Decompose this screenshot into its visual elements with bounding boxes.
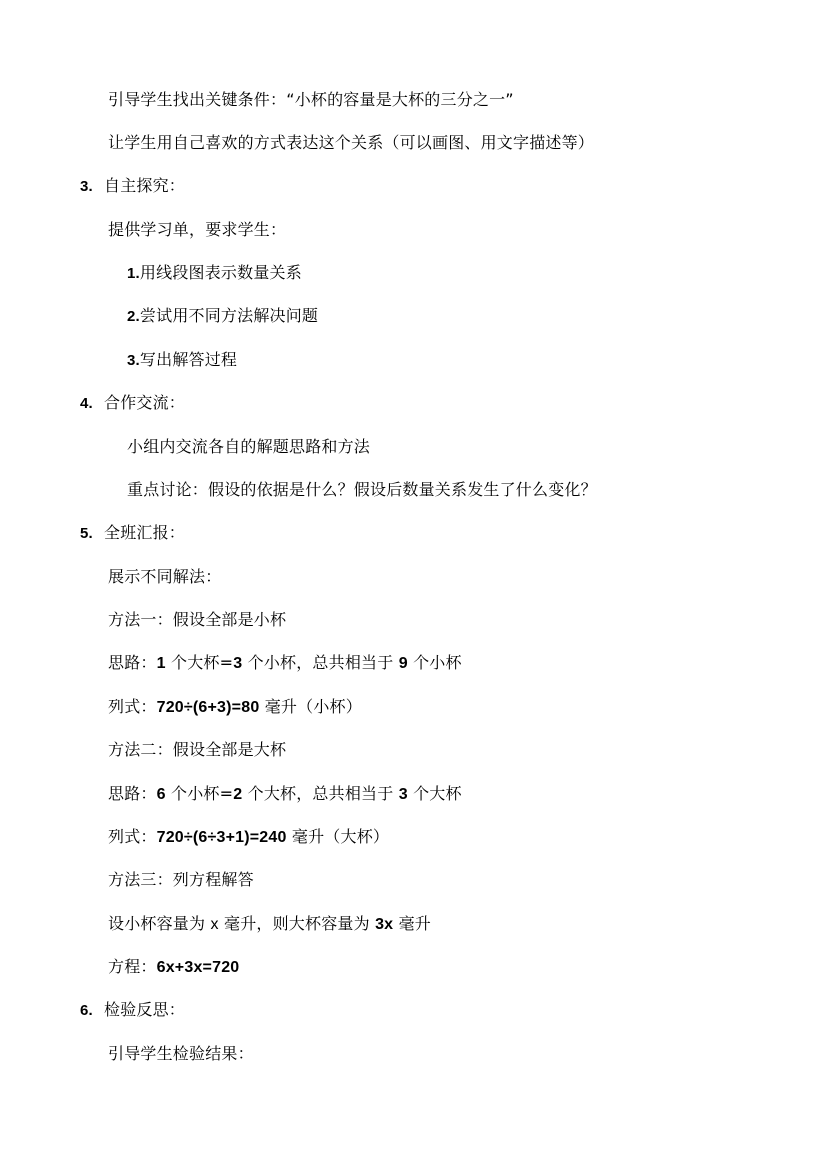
section-4-heading: 4.合作交流： [80,392,185,415]
idea-text: 个大杯，总共相当于 [242,784,398,803]
method-3-equation: 方程：6x+3x=720 [108,956,239,979]
section-3-lead: 提供学习单，要求学生： [108,219,286,241]
method-1-formula: 列式：720÷(6+3)=80 毫升（小杯） [108,696,362,719]
section-6-title: 检验反思： [104,1000,185,1019]
setup-text: 毫升 [393,914,431,933]
section-4-item-1: 小组内交流各自的解题思路和方法 [127,436,370,458]
item-text: 写出解答过程 [140,350,237,369]
section-5-lead: 展示不同解法： [108,566,221,588]
method-2-idea: 思路：6 个小杯=2 个大杯，总共相当于 3 个大杯 [108,783,462,806]
item-number: 3. [127,352,140,369]
item-text: 用线段图表示数量关系 [140,263,302,282]
setup-variable: x [211,916,219,933]
equation-label: 方程： [108,957,157,976]
equation-expression: 6x+3x=720 [157,959,240,976]
formula-expression: 720÷(6+3)=80 [157,699,260,716]
section-6-number: 6. [80,1000,104,1022]
section-3-item-3: 3.写出解答过程 [127,349,237,372]
section-4-item-2: 重点讨论：假设的依据是什么？假设后数量关系发生了什么变化？ [127,479,597,501]
idea-number: 2 [233,786,242,803]
method-1-title: 方法一：假设全部是小杯 [108,609,286,631]
setup-variable: 3x [375,916,393,933]
idea-text: 个小杯，总共相当于 [242,653,398,672]
section-6-heading: 6.检验反思： [80,999,185,1022]
method-2-formula: 列式：720÷(6÷3+1)=240 毫升（大杯） [108,826,389,849]
section-3-heading: 3.自主探究： [80,175,185,198]
method-2-title: 方法二：假设全部是大杯 [108,739,286,761]
idea-label: 思路： [108,653,157,672]
formula-unit: 毫升（小杯） [259,697,362,716]
formula-expression: 720÷(6÷3+1)=240 [157,829,287,846]
setup-text: 毫升，则大杯容量为 [219,914,375,933]
idea-number: 3 [399,786,408,803]
method-3-setup: 设小杯容量为 x 毫升，则大杯容量为 3x 毫升 [108,913,431,936]
section-3-title: 自主探究： [104,176,185,195]
section-3-item-1: 1.用线段图表示数量关系 [127,262,302,285]
idea-text: 个小杯 [408,653,462,672]
section-3-item-2: 2.尝试用不同方法解决问题 [127,305,318,328]
formula-unit: 毫升（大杯） [287,827,390,846]
idea-label: 思路： [108,784,157,803]
formula-label: 列式： [108,697,157,716]
section-6-lead: 引导学生检验结果： [108,1043,254,1065]
idea-number: 1 [157,655,166,672]
idea-text: 个大杯= [166,653,234,672]
intro-line-key-condition: 引导学生找出关键条件：“小杯的容量是大杯的三分之一” [108,89,514,111]
section-5-number: 5. [80,523,104,545]
idea-text: 个小杯= [166,784,234,803]
setup-text: 设小杯容量为 [108,914,211,933]
item-number: 2. [127,308,140,325]
idea-number: 9 [399,655,408,672]
method-1-idea: 思路：1 个大杯=3 个小杯，总共相当于 9 个小杯 [108,652,462,675]
idea-number: 3 [233,655,242,672]
formula-label: 列式： [108,827,157,846]
section-3-number: 3. [80,176,104,198]
item-number: 1. [127,265,140,282]
item-text: 尝试用不同方法解决问题 [140,306,318,325]
idea-number: 6 [157,786,166,803]
idea-text: 个大杯 [408,784,462,803]
section-5-heading: 5.全班汇报： [80,522,185,545]
section-4-title: 合作交流： [104,393,185,412]
section-4-number: 4. [80,393,104,415]
method-3-title: 方法三：列方程解答 [108,869,254,891]
intro-line-express-relation: 让学生用自己喜欢的方式表达这个关系（可以画图、用文字描述等） [108,132,594,154]
section-5-title: 全班汇报： [104,523,185,542]
document-page: 引导学生找出关键条件：“小杯的容量是大杯的三分之一” 让学生用自己喜欢的方式表达… [0,0,827,1170]
